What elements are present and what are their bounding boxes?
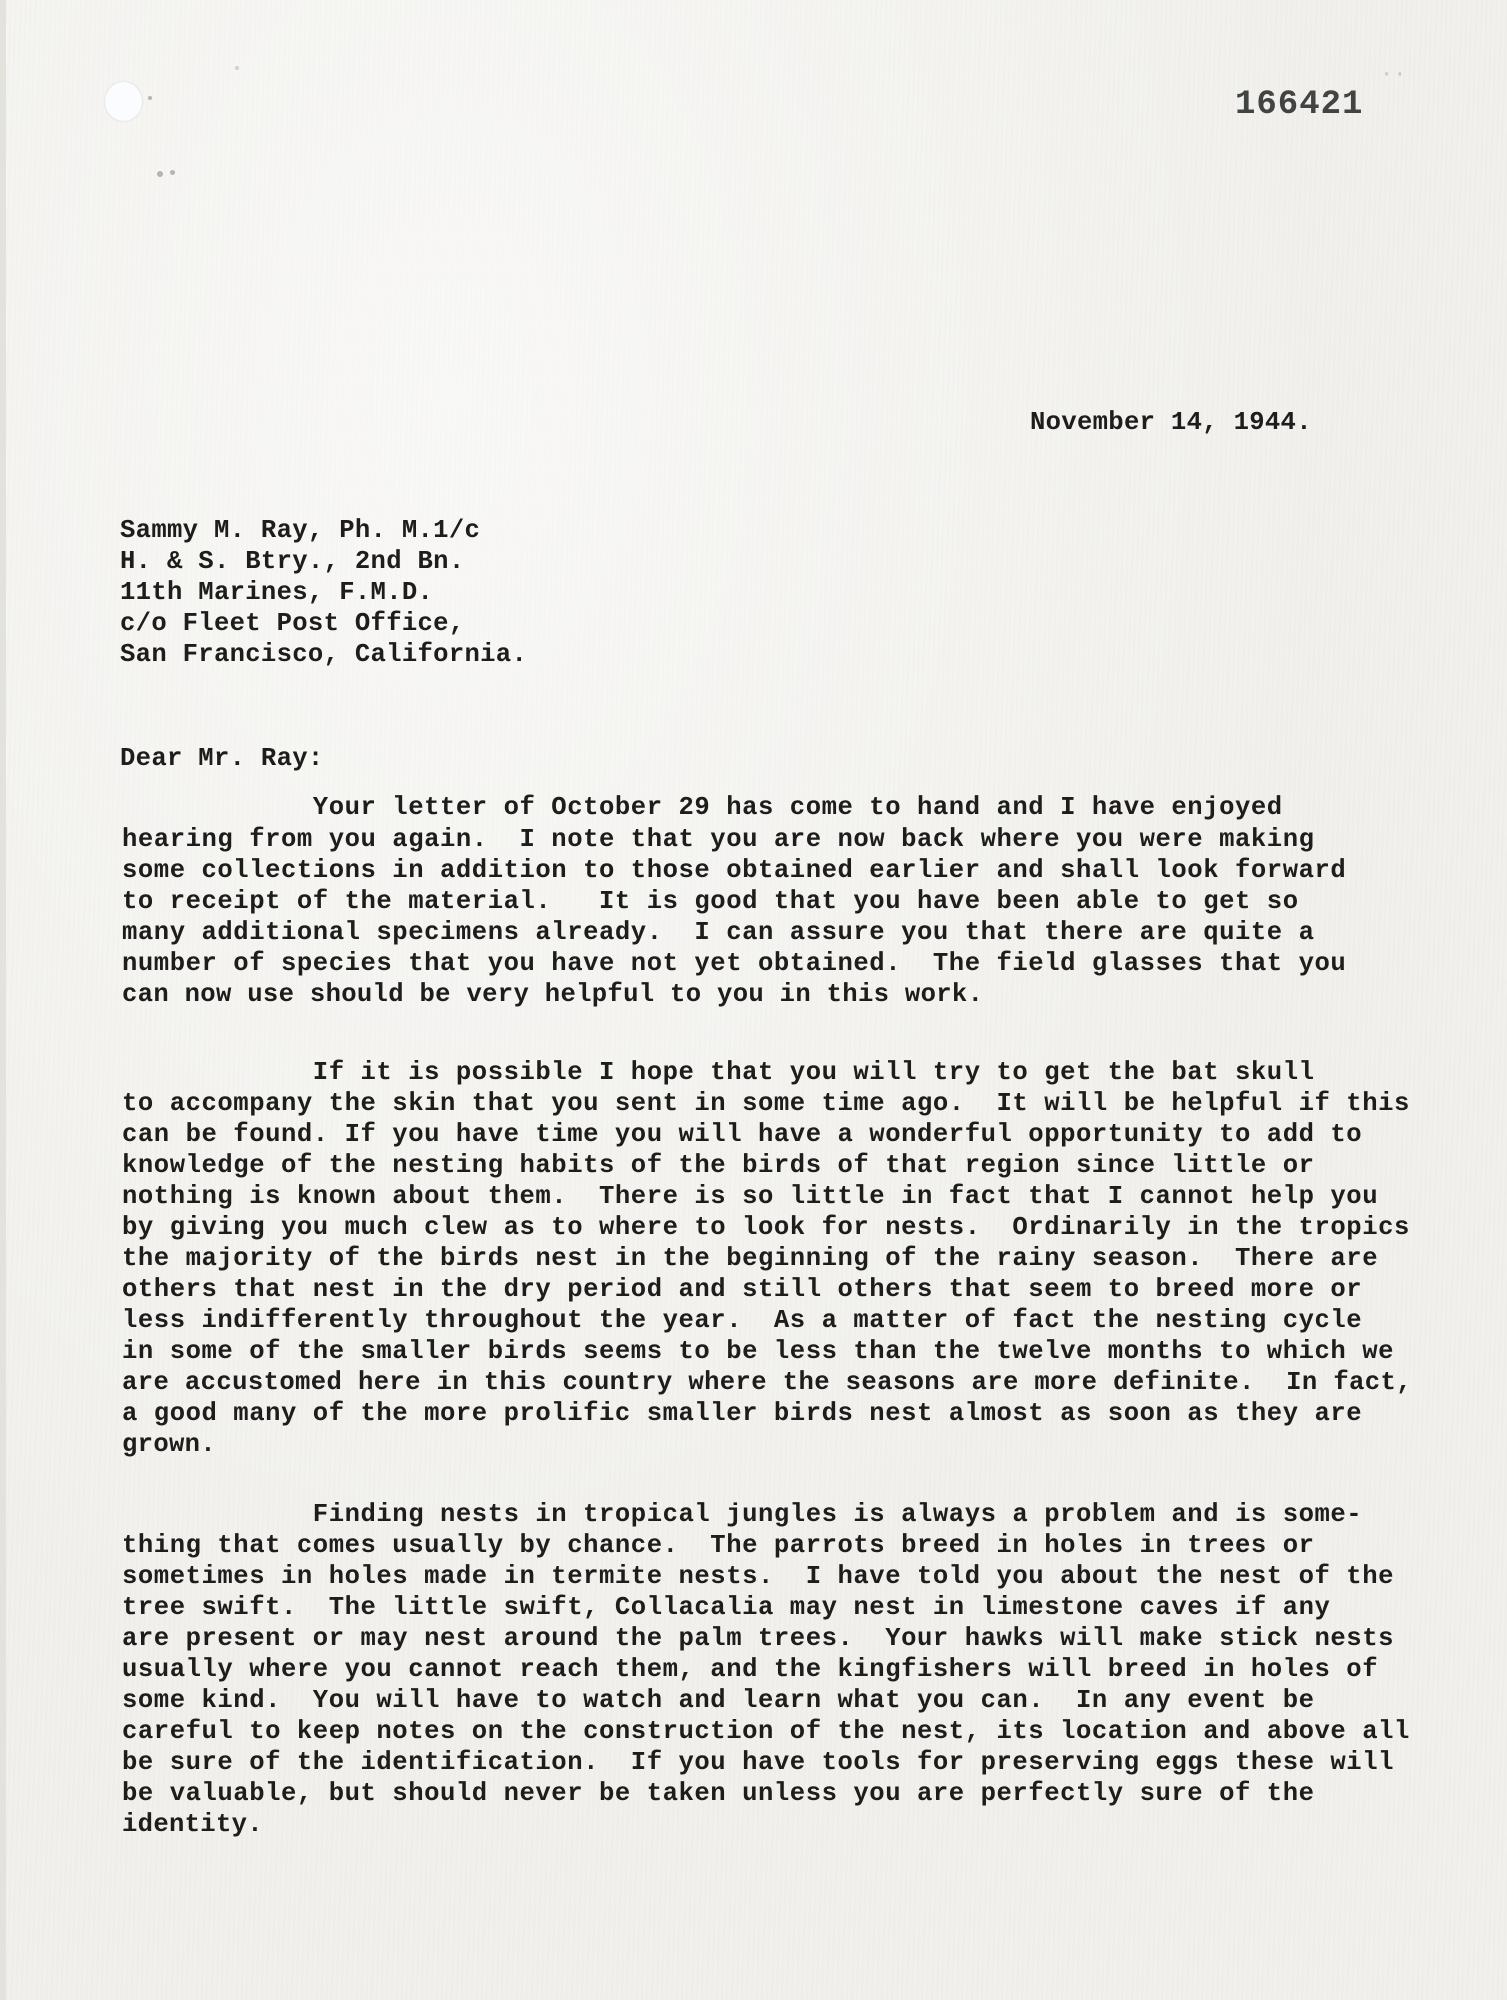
address-line: Sammy M. Ray, Ph. M.1/c [120, 518, 480, 544]
body-line: to accompany the skin that you sent in s… [122, 1091, 1410, 1117]
letter-page: 166421 ·· November 14, 1944. Sammy M. Ra… [0, 0, 1507, 2000]
body-line: usually where you cannot reach them, and… [122, 1657, 1378, 1683]
body-line: many additional specimens already. I can… [122, 920, 1315, 946]
body-line: knowledge of the nesting habits of the b… [122, 1153, 1315, 1179]
paper-speck [148, 96, 152, 100]
address-line: 11th Marines, F.M.D. [120, 580, 433, 606]
punch-hole [105, 82, 142, 121]
body-line: nothing is known about them. There is so… [122, 1184, 1378, 1210]
body-line: identity. [122, 1812, 263, 1838]
body-line: are accustomed here in this country wher… [122, 1370, 1412, 1396]
body-line: hearing from you again. I note that you … [122, 827, 1315, 853]
body-line: by giving you much clew as to where to l… [122, 1215, 1410, 1241]
paper-speck [157, 171, 163, 177]
paper-speck [170, 170, 175, 175]
address-line: H. & S. Btry., 2nd Bn. [120, 549, 465, 575]
letter-date: November 14, 1944. [1030, 410, 1312, 436]
body-line: If it is possible I hope that you will t… [122, 1060, 1315, 1086]
body-line: grown. [122, 1432, 216, 1458]
body-line: the majority of the birds nest in the be… [122, 1246, 1378, 1272]
body-line: some collections in addition to those ob… [122, 858, 1346, 884]
body-line: in some of the smaller birds seems to be… [122, 1339, 1394, 1365]
body-line: tree swift. The little swift, Collacalia… [122, 1595, 1330, 1621]
paper-speck [235, 66, 239, 70]
body-line: careful to keep notes on the constructio… [122, 1719, 1410, 1745]
body-line: Finding nests in tropical jungles is alw… [122, 1502, 1362, 1528]
salutation: Dear Mr. Ray: [120, 746, 324, 772]
archive-number-stamp: 166421 [1235, 86, 1363, 124]
body-line: thing that comes usually by chance. The … [122, 1533, 1315, 1559]
address-line: c/o Fleet Post Office, [120, 611, 465, 637]
body-line: are present or may nest around the palm … [122, 1626, 1394, 1652]
body-line: be sure of the identification. If you ha… [122, 1750, 1394, 1776]
body-line: can now use should be very helpful to yo… [122, 982, 983, 1008]
body-line: can be found. If you have time you will … [122, 1122, 1362, 1148]
body-line: to receipt of the material. It is good t… [122, 889, 1299, 915]
body-line: Your letter of October 29 has come to ha… [122, 795, 1283, 821]
body-line: sometimes in holes made in termite nests… [122, 1564, 1394, 1590]
address-line: San Francisco, California. [120, 642, 527, 668]
body-line: others that nest in the dry period and s… [122, 1277, 1362, 1303]
body-line: less indifferently throughout the year. … [122, 1308, 1362, 1334]
body-line: number of species that you have not yet … [122, 951, 1346, 977]
page-edge [0, 0, 6, 2000]
body-line: some kind. You will have to watch and le… [122, 1688, 1315, 1714]
body-line: a good many of the more prolific smaller… [122, 1401, 1362, 1427]
stamp-smudge: ·· [1380, 62, 1406, 87]
body-line: be valuable, but should never be taken u… [122, 1781, 1315, 1807]
